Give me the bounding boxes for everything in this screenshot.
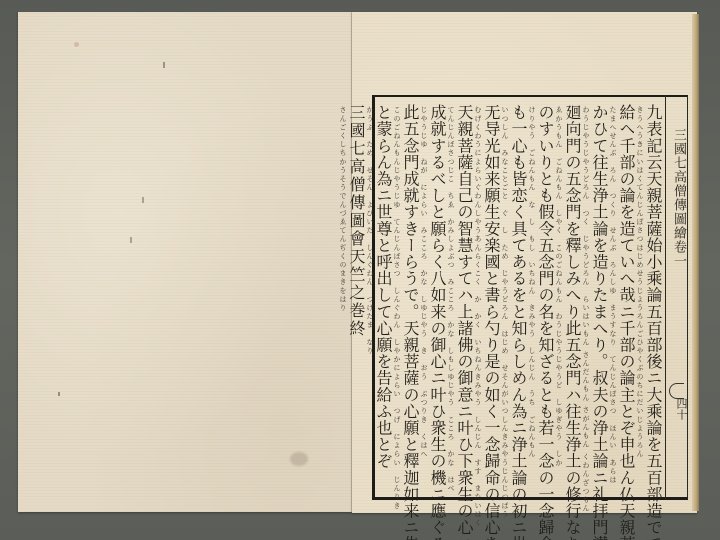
column-main-text: 廻向門の五念門を釋しみへり此五念門ハ往生浄土の修行なり然とハ此五念門を釋し [563,104,581,494]
hanshin-column: 三國七高僧傳圖繪卷一 四十 [667,128,689,428]
column-main-text: 天親菩薩自己の智慧すてハ上諸佛の御意ニ叶ひ下衆生の心ニ叶ひ侍るなり [455,104,473,494]
hanshin-divider-rule [665,95,666,500]
left-blank-page [18,12,353,512]
column-main-text: 給ヘ千部の論を造ていへ哉ニ千部の論主とぞ申也ん仏天親菩薩の本意を顕さんと思ひ [617,104,635,494]
book-title-header: 三國七高僧傳圖繪卷一 [668,128,688,268]
fiber-speck [142,197,144,203]
column-furigana: かうぶ ため せそん よびいだ しんぐわん つげたま なり [365,106,374,494]
column-main-text: のすいりとも假令五念門の名を知ざるとも若一念の一念歸命の信心の中ニハ五念門 [536,104,554,494]
column-furigana: いつしん みなことごと ぐ し ため じやうどろん はじめ せそんがいつしんきみ… [500,106,509,494]
column-furigana: このごねんもんじやうじゆ てんじんぼさつ しんぐわん しやかによらい つげ によ… [392,106,401,494]
column-furigana: ゑかうもん ごねんもん しやく このごねんもん わうじやうじやうど しゆぎやう … [554,106,563,494]
fiber-speck [163,62,165,68]
column-furigana: わうじやうじやうどろん つく じやうどろん らいはいもん さんだんもん さがんも… [581,106,590,494]
column-main-text: かひて往生浄土論を造りたまへり。叔夫の浄土論ニ礼拝門讃嘆門作願門観察門 [590,104,608,494]
column-furigana: さんごくしちかうそうでんづゑてんぢくのまきをはり [338,106,347,494]
smudge-stain [290,452,308,466]
text-column: と蒙らん為ニ世尊と呼出して心願を告給ふ也とぞ かうぶ ため せそん よびいだ し… [365,104,392,494]
column-furigana: じやうじゆ ねが によらい みこころ かな しゆじやう き おう ぶつりき くは… [419,106,428,494]
column-main-text: も一心も皆恋く具てあるをと知らしめん為ニ浄土論の初ニ世尊我一心歸命盡十方 [509,104,527,494]
text-column: 无导光如来願生安楽國と書ら勺り是の如く一念歸命の信心を勧めたまへ又曰 むげくわう… [473,104,500,494]
text-column: 成就するべしと願らく八如来の御心ニ叶ひ衆生の機ニ應ぐるすしに佛力を加て。 じやう… [419,104,446,494]
text-column: も一心も皆恋く具てあるをと知らしめん為ニ浄土論の初ニ世尊我一心歸命盡十方 いつし… [500,104,527,494]
column-furigana: たまへせんぶ ろん つくり せんぶ ろんしゆ まうすなり てんじんぼさつ ほんい… [608,106,617,494]
column-furigana: むげくわうによらいぐわんしやうあんらくこく か かく いちねんきみやう しんじん… [473,106,482,494]
fiber-speck [58,392,60,396]
column-main-text: 九表記云天親菩薩始小乘論五百部後ニ大乘論を五百部造でで世ニ弘めウム [644,104,662,494]
column-main-text: 无导光如来願生安楽國と書ら勺り是の如く一念歸命の信心を勧めたまへ又曰 [482,104,500,494]
column-main-text: 成就するべしと願らく八如来の御心ニ叶ひ衆生の機ニ應ぐるすしに佛力を加て。 [428,104,446,494]
text-column: かひて往生浄土論を造りたまへり。叔夫の浄土論ニ礼拝門讃嘆門作願門観察門 わうじや… [581,104,608,494]
page-number: 四十 [673,398,689,420]
fiber-speck [130,237,132,243]
red-speck [74,42,79,47]
column-furigana: けりやう ごねんもん な し もし いちねん きみやう しんじん うち ごねんも… [527,106,536,494]
text-column: 此五念門成就すきーらうで。天親菩薩の心願と釋迦如来ニ告て。如来の神力 このごねん… [392,104,419,494]
column-main-text: 此五念門成就すきーらうで。天親菩薩の心願と釋迦如来ニ告て。如来の神力 [401,104,419,494]
column-furigana: てんじんぼさつじこ ちゑ かみしよぶつ みこころ かな しもしゆじやう こころ … [446,106,455,494]
text-column: 天親菩薩自己の智慧すてハ上諸佛の御意ニ叶ひ下衆生の心ニ叶ひ侍るなり てんじんぼさ… [446,104,473,494]
vertical-text-block: 九表記云天親菩薩始小乘論五百部後ニ大乘論を五百部造でで世ニ弘めウム きうへうきに… [378,104,662,494]
photo-scene: 三國七高僧傳圖繪卷一 四十 九表記云天親菩薩始小乘論五百部後ニ大乘論を五百部造で… [0,0,720,540]
text-column: のすいりとも假令五念門の名を知ざるとも若一念の一念歸命の信心の中ニハ五念門 けり… [527,104,554,494]
text-column: 九表記云天親菩薩始小乘論五百部後ニ大乘論を五百部造でで世ニ弘めウム きうへうきに… [635,104,662,494]
colophon-column: 三國七高僧傳圖會天竺之巻終 さんごくしちかうそうでんづゑてんぢくのまきをはり [338,104,365,494]
volume-end-title: 三國七高僧傳圖會天竺之巻終 [347,104,365,494]
column-main-text: と蒙らん為ニ世尊と呼出して心願を告給ふ也とぞ [374,104,392,494]
text-column: 給ヘ千部の論を造ていへ哉ニ千部の論主とぞ申也ん仏天親菩薩の本意を顕さんと思ひ た… [608,104,635,494]
column-furigana: きうへうきにいはくてんじんぼさつはじめせうじようろんごひやくぶのちにだいじようろ… [635,106,644,494]
page-stack-edge [692,14,699,511]
fishtail-mark-icon [669,383,684,399]
text-column: 廻向門の五念門を釋しみへり此五念門ハ往生浄土の修行なり然とハ此五念門を釋し ゑか… [554,104,581,494]
